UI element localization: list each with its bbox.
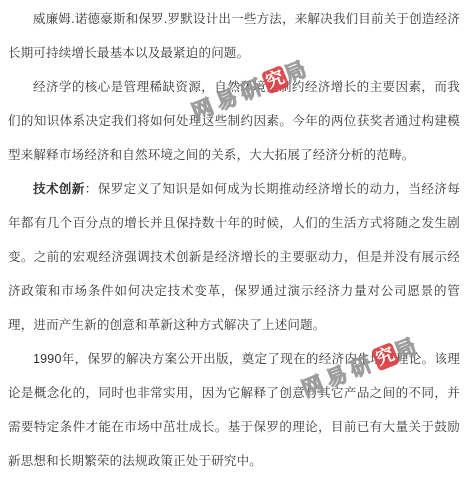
paragraph: 经济学的核心是管理稀缺资源，自然环境是制约经济增长的主要因素，而我们的知识体系决… <box>8 70 460 172</box>
paragraph: 技术创新：保罗定义了知识是如何成为长期推动经济增长的动力，当经济每年都有几个百分… <box>8 172 460 342</box>
paragraph-lead: 技术创新 <box>33 182 85 196</box>
article-text: 威廉姆.诺德豪斯和保罗.罗默设计出一些方法，来解决我们目前关于创造经济长期可持续… <box>8 2 460 478</box>
paragraph-text: 1990年，保罗的解决方案公开出版，奠定了现在的经济内生增长理论。该理论是概念化… <box>8 352 460 468</box>
paragraph: 威廉姆.诺德豪斯和保罗.罗默设计出一些方法，来解决我们目前关于创造经济长期可持续… <box>8 2 460 70</box>
paragraph-text: 经济学的核心是管理稀缺资源，自然环境是制约经济增长的主要因素，而我们的知识体系决… <box>8 80 460 162</box>
paragraph-text: 威廉姆.诺德豪斯和保罗.罗默设计出一些方法，来解决我们目前关于创造经济长期可持续… <box>8 12 460 60</box>
paragraph-text: ：保罗定义了知识是如何成为长期推动经济增长的动力，当经济每年都有几个百分点的增长… <box>8 182 460 332</box>
article-page: 威廉姆.诺德豪斯和保罗.罗默设计出一些方法，来解决我们目前关于创造经济长期可持续… <box>0 0 473 489</box>
paragraph: 1990年，保罗的解决方案公开出版，奠定了现在的经济内生增长理论。该理论是概念化… <box>8 342 460 478</box>
